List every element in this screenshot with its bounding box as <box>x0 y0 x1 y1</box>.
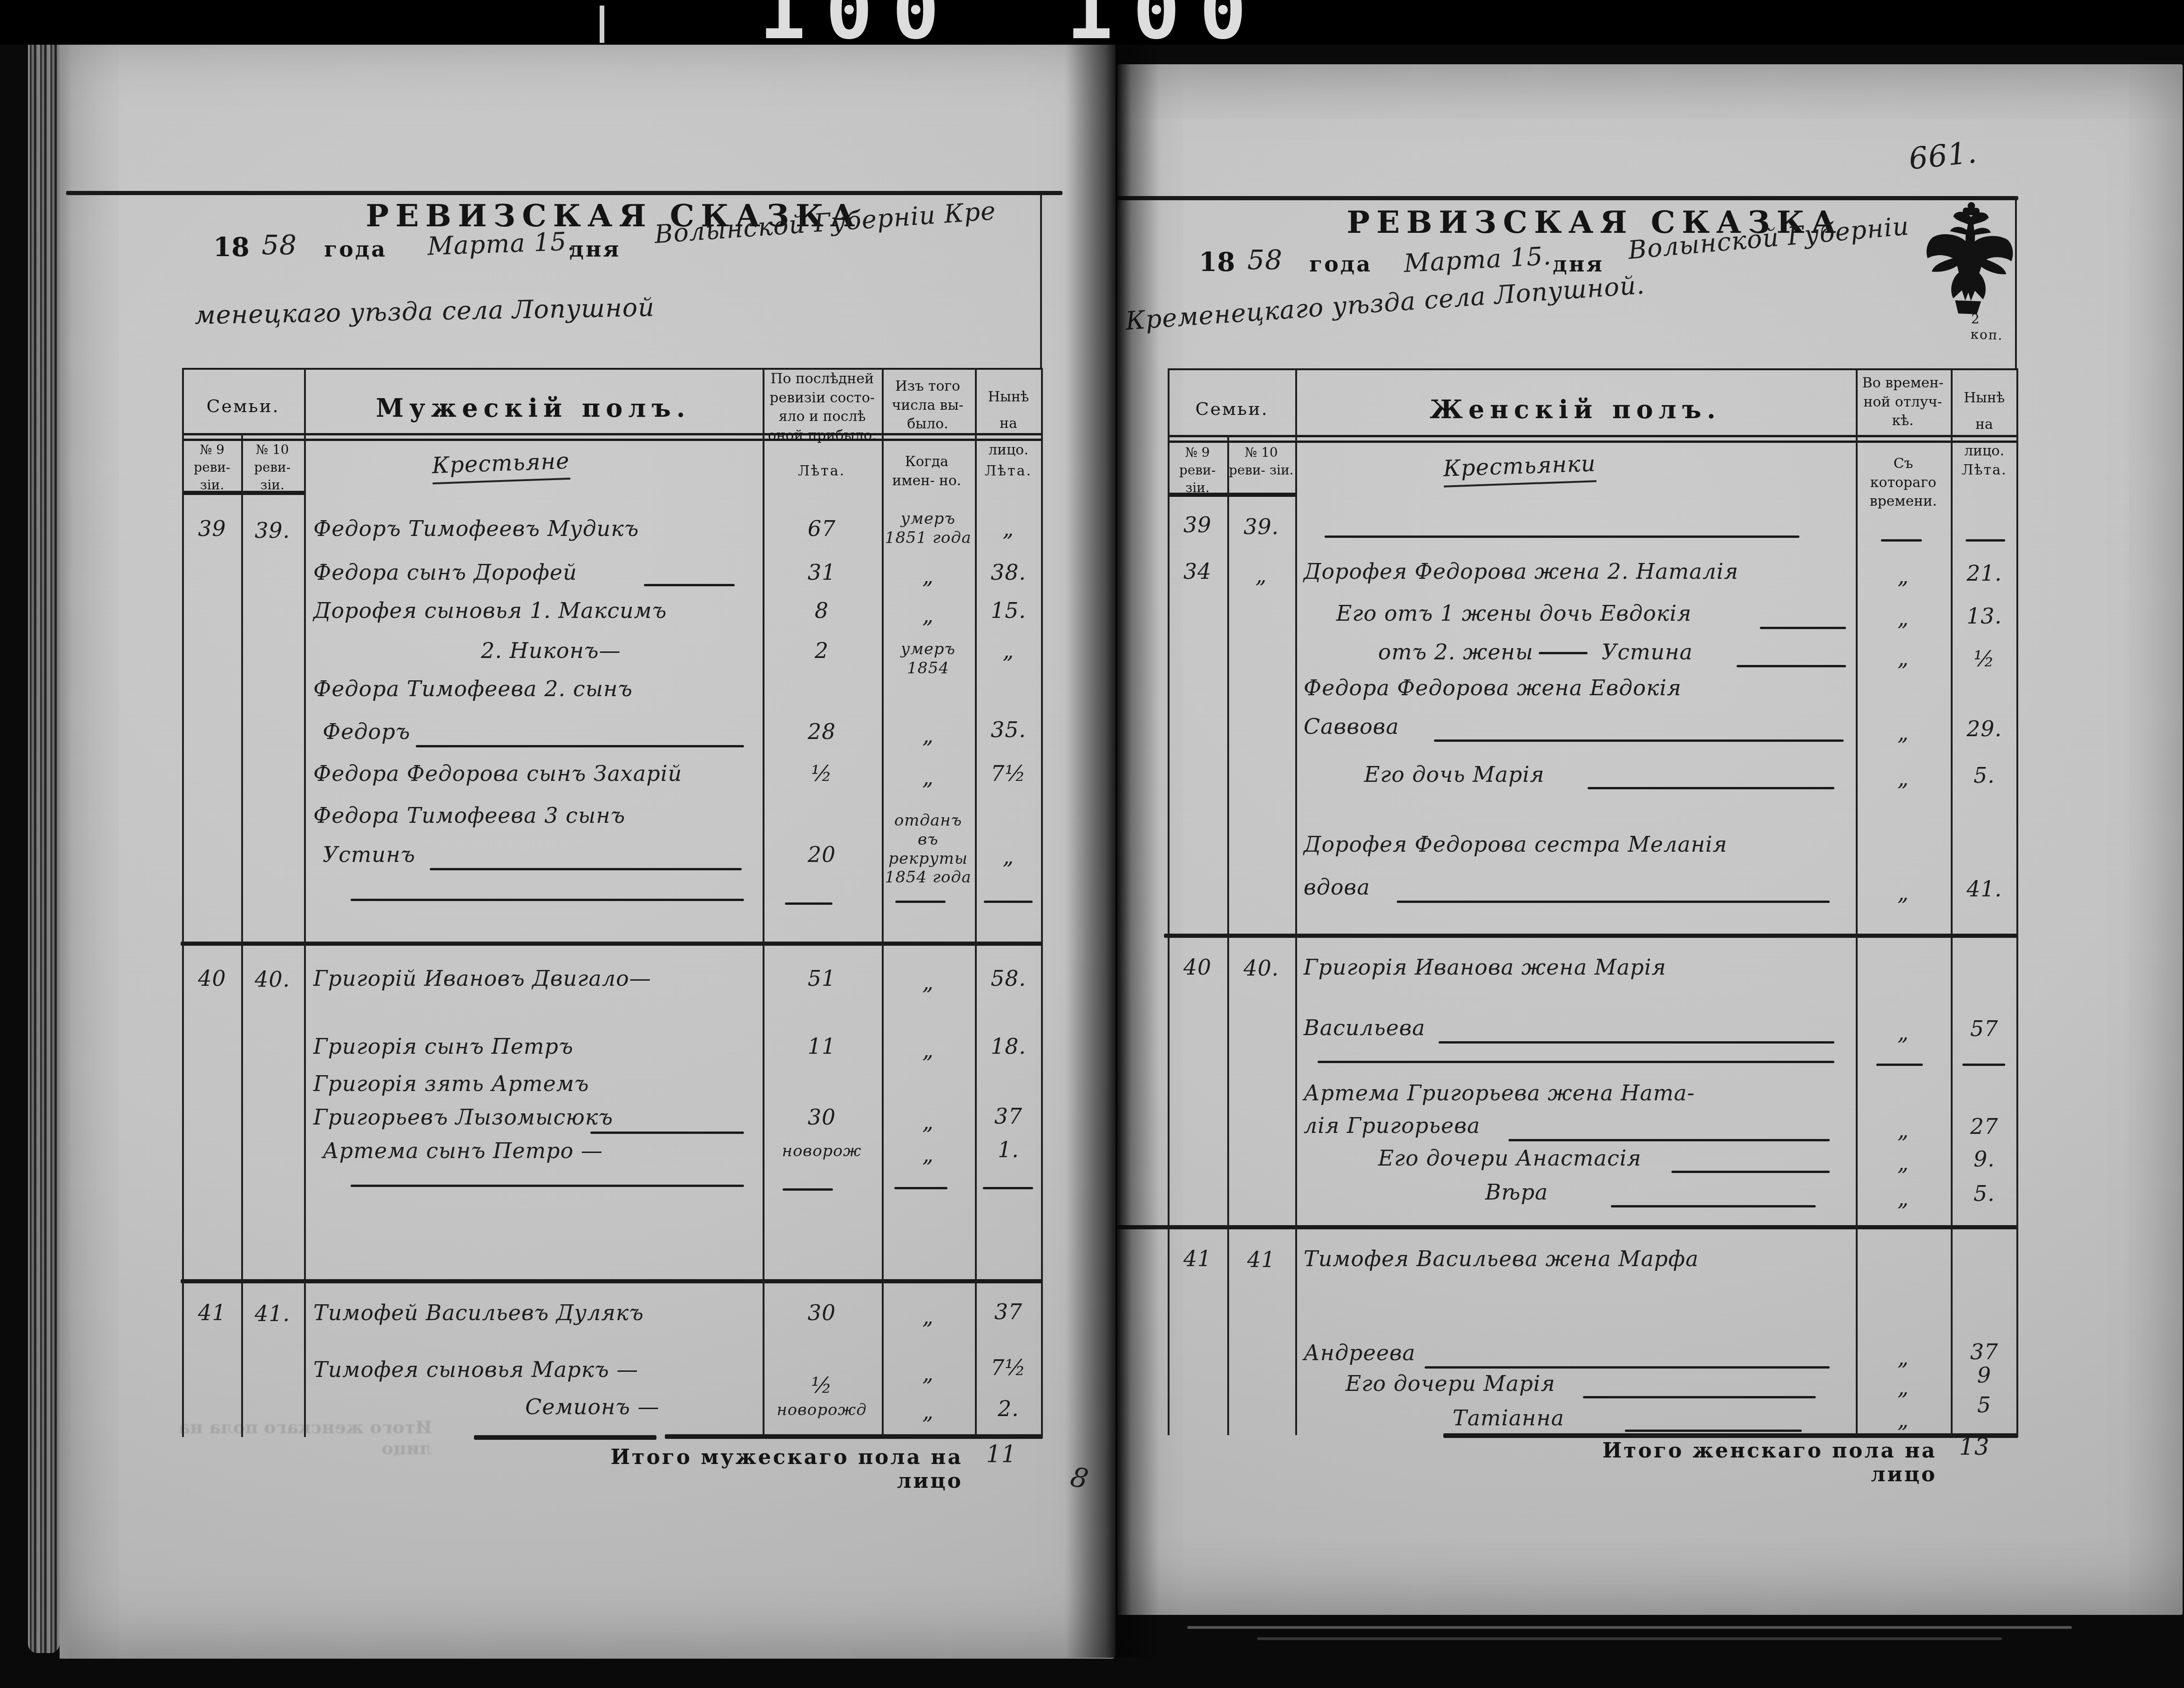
ditto-mark: „ <box>883 1361 974 1386</box>
subcol-years: Лѣта. <box>1952 461 2016 480</box>
age-now: 13. <box>1952 603 2016 629</box>
age-previous: новорожд <box>764 1401 880 1420</box>
rev10-number: 39. <box>1228 514 1294 539</box>
age-now: 35. <box>976 717 1041 742</box>
person-name: Устинъ <box>323 842 415 867</box>
ink-rule <box>1760 627 1846 629</box>
ditto-mark: „ <box>883 1142 974 1167</box>
col-family: Семьи. <box>1169 397 1295 421</box>
age-now: 29. <box>1952 716 2016 741</box>
person-name: Андреева <box>1304 1340 1415 1365</box>
ditto-mark: „ <box>1857 1118 1950 1143</box>
blank-row-dash <box>895 901 946 903</box>
page-edge-line <box>1187 1626 2072 1629</box>
person-name: Григорія Иванова жена Марія <box>1304 955 1666 980</box>
ditto-mark: „ <box>883 969 974 995</box>
rev9-number: 34 <box>1169 559 1226 584</box>
printed-year-prefix: 18 <box>213 232 250 263</box>
folio-number: 661. <box>1907 136 1979 177</box>
age-now: 38. <box>976 560 1041 585</box>
rev9-number: 41 <box>1169 1246 1226 1271</box>
rev10-number: 41 <box>1228 1247 1294 1272</box>
rev9-number: 39 <box>183 516 241 541</box>
ink-rule <box>1737 665 1846 667</box>
ink-rule <box>1439 1041 1834 1044</box>
film-strip: 100 100 <box>0 0 2184 45</box>
ink-rule <box>1671 1171 1830 1173</box>
person-name: Тимофея Васильева жена Марфа <box>1304 1246 1699 1271</box>
person-name: Тимофея сыновья Маркъ — <box>313 1357 638 1382</box>
ink-rule <box>430 868 742 870</box>
blank-row-dash <box>785 902 832 905</box>
age-now: 1. <box>976 1137 1041 1162</box>
subcol-rev9: № 9 реви- зіи. <box>183 441 241 494</box>
age-now: 58. <box>976 966 1041 991</box>
blank-row-dash <box>983 1187 1033 1189</box>
handwritten-year: 58 <box>1247 244 1283 276</box>
left-page: РЕВИЗСКАЯ СКАЗКА 18 58 года Марта 15. дн… <box>60 24 1116 1659</box>
blank-row-dash <box>1325 536 1799 538</box>
film-marker-right: 100 <box>1066 0 1266 45</box>
category-handwritten: Крестьяне <box>432 448 570 484</box>
person-name: Григорія сынъ Петръ <box>313 1034 574 1059</box>
printed-year-prefix: 18 <box>1199 247 1235 278</box>
person-name: Дорофея сыновья 1. Максимъ <box>313 598 667 623</box>
blank-row-dash <box>351 1185 744 1187</box>
table-border <box>1041 368 1043 1437</box>
age-now: „ <box>976 638 1041 663</box>
ink-rule <box>1397 901 1830 903</box>
age-previous: ½ <box>764 1373 880 1398</box>
book-page-stack-edge <box>28 33 60 1653</box>
blank-row-dash <box>1318 1061 1834 1063</box>
ditto-mark: „ <box>1857 645 1950 671</box>
departure-note: умеръ 1851 года <box>883 509 974 548</box>
ditto-mark: „ <box>1857 720 1950 745</box>
age-now: 5. <box>1952 763 2016 788</box>
blank-row-dash <box>1876 1064 1923 1066</box>
table-bottom-rule <box>474 1435 656 1440</box>
rev9-number: 40 <box>1169 955 1226 980</box>
ink-rule <box>1425 1366 1830 1369</box>
ditto-mark: „ <box>1857 1345 1950 1370</box>
total-label: Итого женскаго пола на лицо <box>1536 1439 1937 1486</box>
age-previous: 30 <box>764 1105 880 1130</box>
person-name: Артема Григорьева жена Ната- <box>1304 1080 1695 1105</box>
ditto-mark: „ <box>883 723 974 748</box>
ditto-mark: „ <box>1228 563 1294 588</box>
age-now: ½ <box>1952 646 2016 671</box>
ink-rule <box>1625 1430 1802 1432</box>
rev10-number: 40. <box>1228 956 1294 981</box>
ink-rule <box>590 1132 744 1134</box>
age-now: 5 <box>1952 1392 2016 1417</box>
printed-goda: года <box>1309 251 1372 277</box>
subcol-rev10: № 10 реви- зіи. <box>1228 444 1294 479</box>
age-now: 7½ <box>976 1355 1041 1380</box>
person-name: Семионъ — <box>525 1394 659 1419</box>
table-border <box>1295 368 1297 1435</box>
person-name: Васильева <box>1304 1015 1425 1040</box>
ditto-mark: „ <box>1857 766 1950 791</box>
ditto-mark: „ <box>1857 1375 1950 1400</box>
age-now: 7½ <box>976 761 1041 786</box>
page-top-rule <box>1117 196 2018 200</box>
person-name: Его дочь Марія <box>1364 762 1544 787</box>
handwritten-year: 58 <box>262 229 297 261</box>
blank-row-dash <box>1881 539 1922 542</box>
family-separator <box>1117 1225 2018 1229</box>
person-name: Саввова <box>1304 714 1399 739</box>
person-name: Федора сынъ Дорофей <box>313 560 577 585</box>
person-name: Федора Федорова сынъ Захарій <box>313 761 682 786</box>
ink-dash <box>1539 652 1588 654</box>
age-now: 15. <box>976 598 1041 623</box>
person-name: Татіанна <box>1453 1405 1564 1430</box>
col-now-present: Нынѣ на лицо. <box>1954 385 2015 464</box>
ditto-mark: „ <box>1857 1020 1950 1045</box>
person-name: Его дочери Анастасія <box>1378 1146 1642 1171</box>
bleedthrough-text: Итого женскаго пола на лицо <box>134 1417 432 1458</box>
age-previous: 67 <box>764 516 880 541</box>
age-previous: 51 <box>764 966 880 991</box>
ditto-mark: „ <box>883 765 974 790</box>
person-name: Вѣра <box>1485 1180 1548 1205</box>
age-now: 41. <box>1952 876 2016 902</box>
age-now: „ <box>976 844 1041 869</box>
person-name: Тимофей Васильевъ Дулякъ <box>313 1300 644 1325</box>
rev9-number: 40 <box>183 966 241 991</box>
col-departed: Изъ того числа вы- было. <box>885 377 971 434</box>
person-name: Его отъ 1 жены дочь Евдокія <box>1336 601 1692 626</box>
table-border <box>1951 368 1953 1435</box>
person-name: 2. Никонъ— <box>481 638 621 663</box>
ditto-mark: „ <box>1857 880 1950 905</box>
age-now: 27 <box>1952 1114 2016 1139</box>
age-now: 2. <box>976 1396 1041 1421</box>
category-handwritten: Крестьянки <box>1443 450 1596 487</box>
family-separator <box>1164 934 2018 938</box>
printed-dnya: дня <box>1553 251 1604 277</box>
person-name: Дорофея Федорова жена 2. Наталія <box>1304 559 1738 584</box>
ditto-mark: „ <box>1857 1407 1950 1432</box>
subcol-years2: Лѣта. <box>976 462 1041 481</box>
film-tick <box>600 6 604 43</box>
table-rule <box>182 368 1043 370</box>
person-name: Федоръ Тимофеевъ Мудикъ <box>313 516 639 541</box>
person-name: Григорій Ивановъ Двигало— <box>313 966 651 991</box>
page-frame-right <box>1040 193 1042 370</box>
handwritten-date: Марта 15. <box>1403 241 1552 278</box>
age-previous: 8 <box>764 598 880 623</box>
person-name: Его дочери Марія <box>1346 1371 1555 1396</box>
blank-row-dash <box>894 1187 947 1189</box>
age-previous: 28 <box>764 719 880 744</box>
table-bottom-rule <box>1443 1433 2018 1438</box>
ditto-mark: „ <box>1857 563 1950 589</box>
family-separator <box>181 1279 1043 1283</box>
film-marker-left: 100 <box>759 0 959 45</box>
col-family: Семьи. <box>183 394 303 418</box>
age-now: „ <box>976 516 1041 541</box>
age-previous: 2 <box>764 638 880 663</box>
double-headed-eagle-icon <box>1920 199 2018 328</box>
person-name: лія Григорьева <box>1304 1113 1480 1138</box>
ink-rule <box>416 745 744 747</box>
age-previous: 31 <box>764 560 880 585</box>
age-now: 9 <box>1952 1363 2016 1388</box>
ditto-mark: „ <box>1857 1150 1950 1175</box>
person-name: Федора Тимофеева 2. сынъ <box>313 676 633 701</box>
blank-row-dash <box>1962 1064 2005 1066</box>
total-value: 13 <box>1959 1433 1990 1460</box>
page-edge-line <box>1257 1637 2002 1640</box>
person-name-2: Устина <box>1602 639 1693 664</box>
family-separator <box>181 942 1043 946</box>
ditto-mark: „ <box>1857 605 1950 630</box>
total-label: Итого мужескаго пола на лицо <box>553 1445 963 1493</box>
age-now: 21. <box>1952 561 2016 586</box>
table-rule <box>182 439 1043 441</box>
age-previous: 11 <box>764 1034 880 1059</box>
ditto-mark: „ <box>883 563 974 589</box>
table-border <box>2016 368 2018 1435</box>
subcol-rev10: № 10 реви- зіи. <box>242 441 303 494</box>
printed-dnya: дня <box>569 237 621 262</box>
subcol-years: Лѣта. <box>764 462 880 481</box>
stamp-denomination: 2 коп. <box>1970 311 2014 343</box>
person-name: Григорьевъ Лызомысюкъ <box>313 1105 613 1130</box>
person-name: Артема сынъ Петро — <box>323 1138 603 1163</box>
rev10-number: 41. <box>242 1301 303 1326</box>
torn-edge <box>60 24 72 1659</box>
imperial-eagle-stamp: 2 коп. <box>1920 199 2018 328</box>
table-bottom-rule <box>665 1434 1043 1439</box>
table-border <box>241 433 243 1437</box>
person-name: отъ 2. жены <box>1378 639 1533 664</box>
age-now: 9. <box>1952 1146 2016 1172</box>
blank-row-dash <box>783 1188 833 1191</box>
ink-rule <box>1611 1205 1816 1207</box>
subcol-when: Когда имен- но. <box>884 453 970 490</box>
subcol-rev9: № 9 реви- зіи. <box>1169 444 1226 496</box>
handwritten-uyezd-village: Кременецкаго уѣзда села Лопушной. <box>1125 270 1646 336</box>
ditto-mark: „ <box>883 603 974 628</box>
col-prev-revision: По послѣдней ревизіи состо- яло и послѣ … <box>766 370 878 445</box>
person-name: Федора Тимофеева 3 сынъ <box>313 803 625 828</box>
ink-rule <box>1508 1139 1830 1141</box>
col-now-present: Нынѣ на лицо. <box>978 384 1039 463</box>
ditto-mark: „ <box>1857 1186 1950 1211</box>
person-name: Федора Федорова жена Евдокія <box>1304 675 1682 700</box>
blank-row-dash <box>351 899 744 901</box>
ink-rule <box>1434 739 1844 742</box>
ink-rule <box>1583 1396 1816 1398</box>
person-name: Федоръ <box>323 719 410 744</box>
rev10-number: 40. <box>242 967 303 992</box>
handwritten-date: Марта 15. <box>427 226 576 261</box>
ditto-mark: „ <box>883 1037 974 1063</box>
person-name: Григорія зять Артемъ <box>313 1071 589 1096</box>
departure-note: отданъ въ рекруты 1854 года <box>883 811 974 887</box>
ditto-mark: „ <box>883 1109 974 1134</box>
person-name: вдова <box>1304 875 1370 900</box>
ditto-mark: „ <box>883 1304 974 1329</box>
page-top-rule <box>66 191 1062 195</box>
col-gender: Женскій полъ. <box>1295 393 1856 427</box>
age-previous: новорож <box>764 1142 880 1161</box>
total-value: 11 <box>986 1441 1017 1468</box>
rev10-number: 39. <box>242 518 303 543</box>
age-now: 37 <box>976 1104 1041 1129</box>
age-now: 37 <box>976 1299 1041 1324</box>
rev9-number: 41 <box>183 1300 241 1325</box>
age-previous: 20 <box>764 842 880 867</box>
departure-note: умеръ 1854 <box>883 640 974 678</box>
ditto-mark: „ <box>883 1399 974 1424</box>
blank-row-dash <box>1966 539 2005 542</box>
ink-rule <box>1588 787 1834 789</box>
col-gender: Мужескій полъ. <box>304 391 763 425</box>
col-away: Во времен- ной отлуч- кѣ. <box>1859 374 1947 431</box>
age-now: 5. <box>1952 1181 2016 1206</box>
age-previous: 30 <box>764 1300 880 1325</box>
right-page: 661. РЕВИЗСКАЯ СКАЗКА 18 58 года Марта 1… <box>1117 64 2183 1615</box>
age-previous: ½ <box>764 761 880 786</box>
handwritten-uyezd-village: менецкаго уѣзда села Лопушной <box>195 292 655 330</box>
person-name: Дорофея Федорова сестра Меланія <box>1304 832 1727 857</box>
scanned-revision-list: 100 100 РЕВИЗСКАЯ СКАЗКА 18 58 года Март… <box>0 0 2184 1688</box>
age-now: 37 <box>1952 1339 2016 1364</box>
rev9-number: 39 <box>1169 512 1226 537</box>
table-border <box>304 368 306 1437</box>
blank-row-dash <box>984 901 1033 903</box>
printed-goda: года <box>324 237 387 262</box>
age-now: 57 <box>1952 1016 2016 1041</box>
subcol-since: Съ котораго времени. <box>1859 454 1948 511</box>
ink-rule <box>644 584 735 586</box>
age-now: 18. <box>976 1034 1041 1059</box>
